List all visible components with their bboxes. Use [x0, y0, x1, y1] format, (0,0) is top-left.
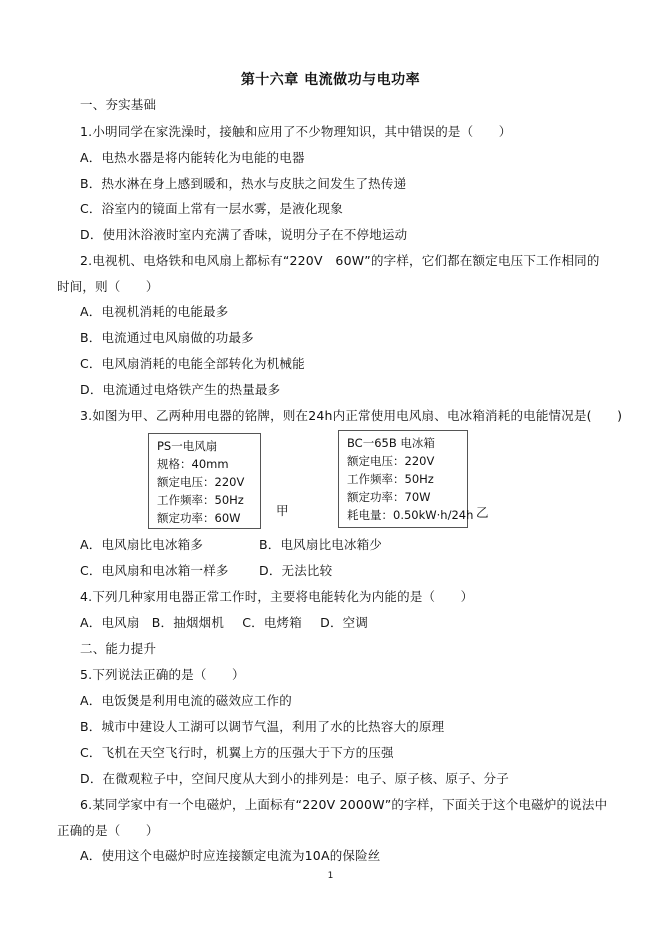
nameplate-fan-line: 规格：40mm [157, 455, 252, 473]
question-2-option-c: C．电风扇消耗的电能全部转化为机械能 [80, 356, 305, 372]
nameplate-fridge-label: 乙 [476, 503, 489, 521]
chapter-title: 第十六章 电流做功与电功率 [0, 69, 661, 89]
question-4-option-a: A．电风扇 [80, 615, 140, 631]
question-2-option-d: D．电流通过电烙铁产生的热量最多 [80, 382, 280, 398]
section-heading-advanced: 二、能力提升 [80, 641, 156, 657]
nameplate-fridge-line: BC一65B 电冰箱 [347, 434, 459, 452]
nameplate-fridge-line: 耗电量：0.50kW·h/24h [347, 506, 459, 524]
question-4-option-b: B．抽烟烟机 [152, 615, 224, 631]
question-2-stem-line2: 时间，则（ ） [57, 279, 159, 295]
nameplate-fridge-line: 额定功率：70W [347, 488, 459, 506]
nameplate-fan-label: 甲 [276, 501, 289, 519]
nameplate-fridge-line: 额定电压：220V [347, 452, 459, 470]
question-5-option-c: C．飞机在天空飞行时，机翼上方的压强大于下方的压强 [80, 745, 394, 761]
question-1-option-b: B．热水淋在身上感到暖和，热水与皮肤之间发生了热传递 [80, 176, 406, 192]
section-heading-basic: 一、夯实基础 [80, 97, 156, 113]
question-5-option-b: B．城市中建设人工湖可以调节气温，利用了水的比热容大的原理 [80, 719, 444, 735]
question-4-stem: 4.下列几种家用电器正常工作时，主要将电能转化为内能的是（ ） [80, 589, 473, 605]
question-5-option-d: D．在微观粒子中，空间尺度从大到小的排列是：电子、原子核、原子、分子 [80, 771, 509, 787]
question-3-option-c: C．电风扇和电冰箱一样多 [80, 563, 229, 579]
question-2-stem-line1: 2.电视机、电烙铁和电风扇上都标有“220V 60W”的字样，它们都在额定电压下… [80, 253, 600, 269]
nameplate-fan: PS一电风扇 规格：40mm 额定电压：220V 工作频率：50Hz 额定功率：… [148, 433, 261, 529]
nameplate-fan-line: PS一电风扇 [157, 437, 252, 455]
question-6-option-a: A．使用这个电磁炉时应连接额定电流为10A的保险丝 [80, 848, 381, 864]
nameplate-fan-line: 额定功率：60W [157, 509, 252, 527]
question-4-option-d: D．空调 [320, 615, 368, 631]
question-4-options: A．电风扇 B．抽烟烟机 C．电烤箱 D．空调 [80, 615, 368, 631]
nameplate-fan-line: 额定电压：220V [157, 473, 252, 491]
nameplate-fridge: BC一65B 电冰箱 额定电压：220V 工作频率：50Hz 额定功率：70W … [338, 430, 468, 528]
question-5-stem: 5.下列说法正确的是（ ） [80, 667, 245, 683]
question-1-option-c: C．浴室内的镜面上常有一层水雾，是液化现象 [80, 201, 343, 217]
question-3-option-b: B．电风扇比电冰箱少 [259, 537, 382, 553]
document-page: 第十六章 电流做功与电功率 一、夯实基础 1.小明同学在家洗澡时，接触和应用了不… [0, 0, 661, 936]
question-4-option-c: C．电烤箱 [242, 615, 302, 631]
nameplate-fridge-line: 工作频率：50Hz [347, 470, 459, 488]
question-1-stem: 1.小明同学在家洗澡时，接触和应用了不少物理知识，其中错误的是（ ） [80, 124, 511, 140]
question-6-stem-line1: 6.某同学家中有一个电磁炉，上面标有“220V 2000W”的字样，下面关于这个… [80, 797, 607, 813]
nameplate-fan-line: 工作频率：50Hz [157, 491, 252, 509]
question-5-option-a: A．电饭煲是利用电流的磁效应工作的 [80, 693, 292, 709]
question-3-stem: 3.如图为甲、乙两种用电器的铭牌，则在24h内正常使用电风扇、电冰箱消耗的电能情… [80, 408, 622, 424]
question-1-option-a: A．电热水器是将内能转化为电能的电器 [80, 150, 305, 166]
page-number: 1 [0, 871, 661, 881]
question-1-option-d: D．使用沐浴液时室内充满了香味，说明分子在不停地运动 [80, 227, 407, 243]
question-2-option-b: B．电流通过电风扇做的功最多 [80, 330, 254, 346]
question-2-option-a: A．电视机消耗的电能最多 [80, 304, 228, 320]
question-6-stem-line2: 正确的是（ ） [57, 823, 159, 839]
question-3-option-a: A．电风扇比电冰箱多 [80, 537, 203, 553]
question-3-option-d: D．无法比较 [259, 563, 332, 579]
